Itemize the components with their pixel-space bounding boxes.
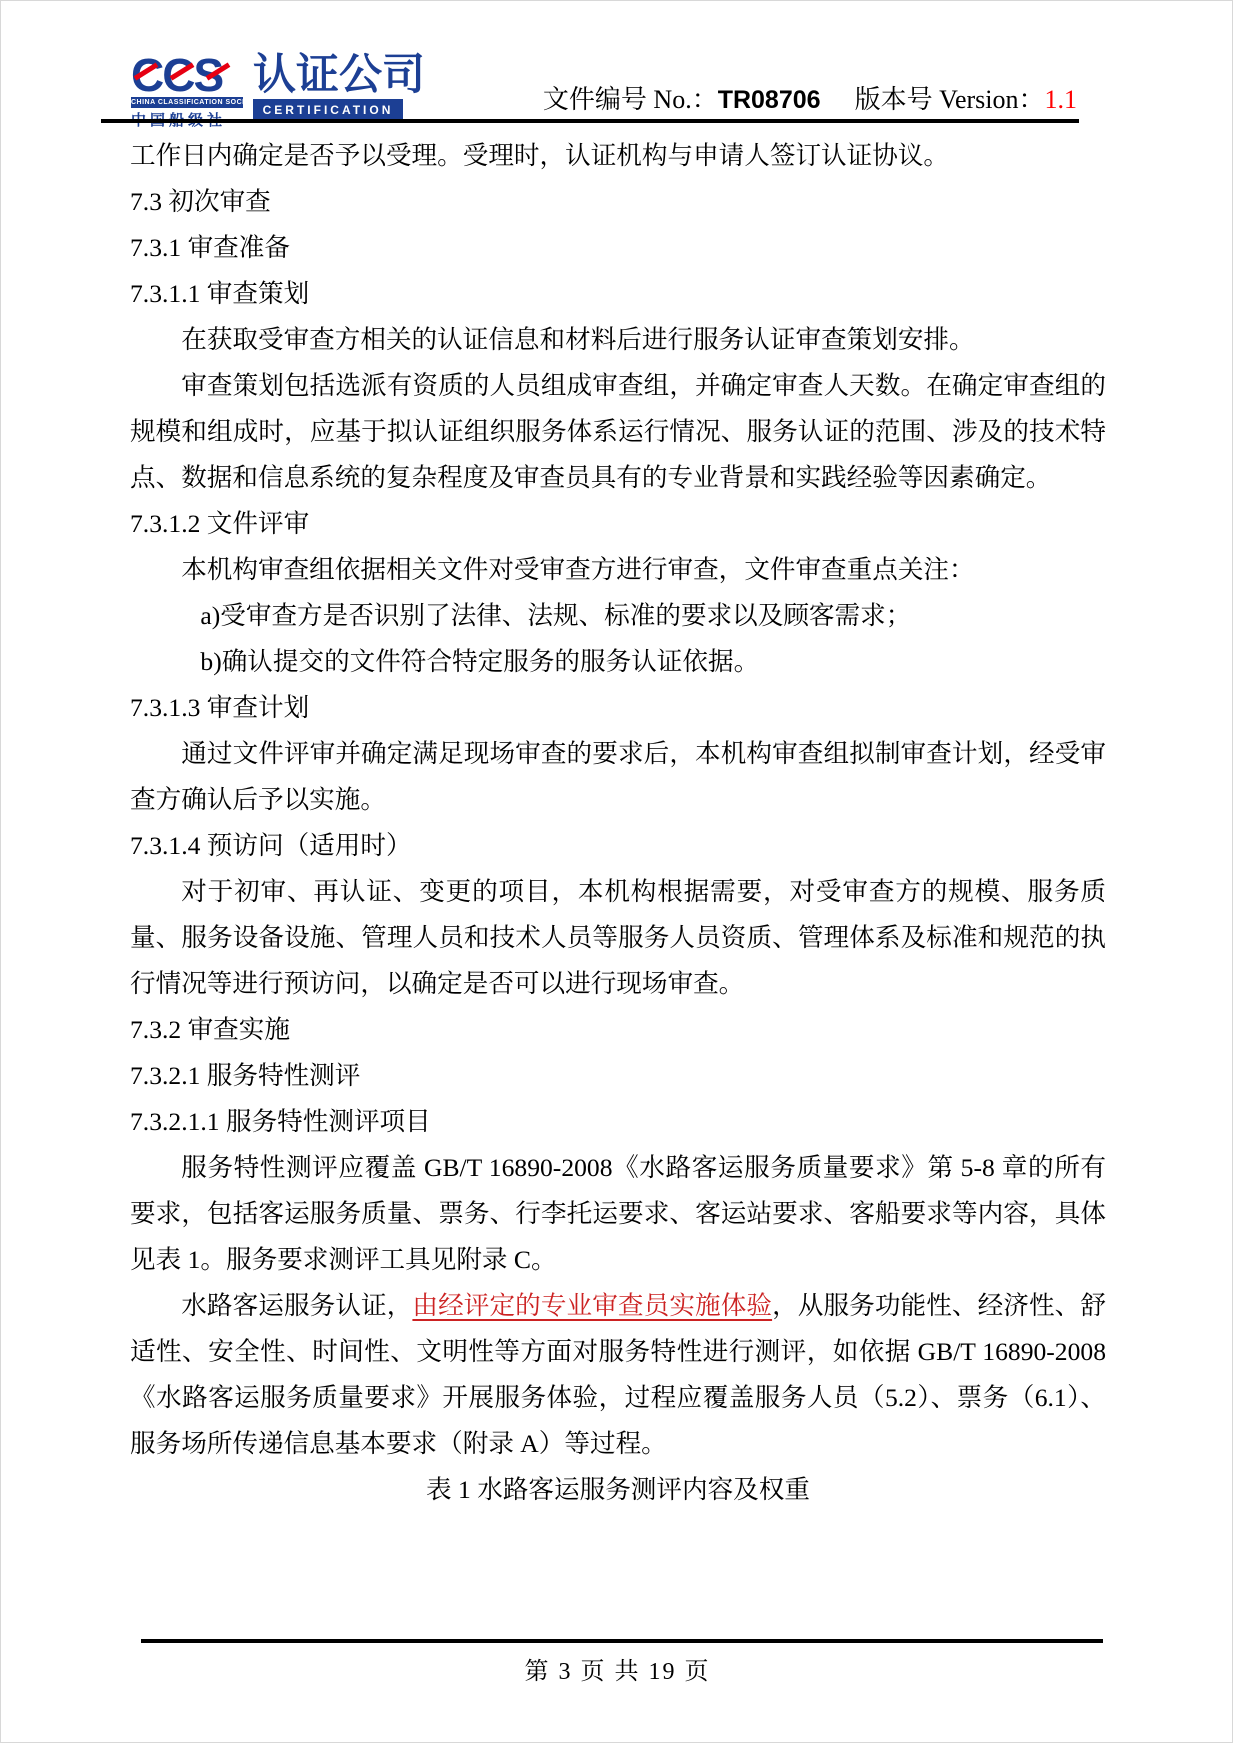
text-segment: 对于初审、再认证、变更的项目，本机构根据需要，对受审查方的规模、服务质量、服务设… [130,877,1106,998]
text-segment: 通过文件评审并确定满足现场审查的要求后，本机构审查组拟制审查计划，经受审查方确认… [130,739,1106,814]
ccs-logo-text: CCS [131,55,243,95]
text-segment: 7.3.1.4 预访问（适用时） [130,831,412,860]
paragraph-indent: 通过文件评审并确定满足现场审查的要求后，本机构审查组拟制审查计划，经受审查方确认… [130,731,1106,823]
document-info: 文件编号 No.：TR08706版本号 Version：1.1 [543,79,1077,116]
paragraph-indent: 对于初审、再认证、变更的项目，本机构根据需要，对受审查方的规模、服务质量、服务设… [130,869,1106,1007]
paragraph-heading: 7.3.2 审查实施 [130,1007,1106,1053]
header-rule [101,119,1079,123]
paragraph-heading: 7.3.1.1 审查策划 [130,271,1106,317]
paragraph-heading: 7.3.2.1.1 服务特性测评项目 [130,1099,1106,1145]
paragraph-indent: 本机构审查组依据相关文件对受审查方进行审查，文件审查重点关注： [130,547,1106,593]
text-segment: 在获取受审查方相关的认证信息和材料后进行服务认证审查策划安排。 [181,325,974,354]
paragraph-plain: 工作日内确定是否予以受理。受理时，认证机构与申请人签订认证协议。 [130,133,1106,179]
paragraph-list: b)确认提交的文件符合特定服务的服务认证依据。 [130,639,1106,685]
paragraph-heading: 7.3.1.2 文件评审 [130,501,1106,547]
paragraph-heading: 7.3.1.3 审查计划 [130,685,1106,731]
text-segment: 本机构审查组依据相关文件对受审查方进行审查，文件审查重点关注： [181,555,974,584]
paragraph-indent: 水路客运服务认证，由经评定的专业审查员实施体验，从服务功能性、经济性、舒适性、安… [130,1283,1106,1467]
paragraph-heading: 7.3.1.4 预访问（适用时） [130,823,1106,869]
version-label: 版本号 Version： [855,85,1045,114]
paragraph-heading: 7.3.1 审查准备 [130,225,1106,271]
version-value: 1.1 [1045,85,1078,114]
text-segment: 工作日内确定是否予以受理。受理时，认证机构与申请人签订认证协议。 [130,141,949,170]
text-segment: 7.3 初次审查 [130,187,271,216]
text-segment: 7.3.1.3 审查计划 [130,693,309,722]
red-underlined-text: 由经评定的专业审查员实施体验 [412,1291,772,1320]
certification-company-cn-label: 认证公司 [253,53,403,97]
certification-company-logo: 认证公司 CERTIFICATION [253,53,403,121]
text-segment: 审查策划包括选派有资质的人员组成审查组，并确定审查人天数。在确定审查组的规模和组… [130,371,1106,492]
doc-no-value: TR08706 [718,86,821,114]
text-segment: 7.3.1 审查准备 [130,233,290,262]
paragraph-list: a)受审查方是否识别了法律、法规、标准的要求以及顾客需求； [130,593,1106,639]
paragraph-caption: 表 1 水路客运服务测评内容及权重 [130,1467,1106,1513]
text-segment: 水路客运服务认证， [181,1291,412,1320]
paragraph-indent: 审查策划包括选派有资质的人员组成审查组，并确定审查人天数。在确定审查组的规模和组… [130,363,1106,501]
text-segment: 7.3.1.2 文件评审 [130,509,309,538]
text-segment: 7.3.2 审查实施 [130,1015,290,1044]
text-segment: 7.3.1.1 审查策划 [130,279,309,308]
text-segment: b)确认提交的文件符合特定服务的服务认证依据。 [200,647,759,676]
text-segment: 服务特性测评应覆盖 GB/T 16890-2008《水路客运服务质量要求》第 5… [130,1153,1106,1274]
text-segment: 7.3.2.1 服务特性测评 [130,1061,360,1090]
paragraph-indent: 在获取受审查方相关的认证信息和材料后进行服务认证审查策划安排。 [130,317,1106,363]
text-segment: 7.3.2.1.1 服务特性测评项目 [130,1107,431,1136]
paragraph-heading: 7.3.2.1 服务特性测评 [130,1053,1106,1099]
text-segment: a)受审查方是否识别了法律、法规、标准的要求以及顾客需求； [200,601,911,630]
document-body: 工作日内确定是否予以受理。受理时，认证机构与申请人签订认证协议。7.3 初次审查… [130,133,1106,1513]
document-page: CCS CHINA CLASSIFICATION SOCIETY 中国船级社 认… [0,0,1233,1743]
paragraph-heading: 7.3 初次审查 [130,179,1106,225]
doc-no-label: 文件编号 No.： [543,85,718,114]
paragraph-indent: 服务特性测评应覆盖 GB/T 16890-2008《水路客运服务质量要求》第 5… [130,1145,1106,1283]
page-number: 第 3 页 共 19 页 [1,1651,1233,1686]
certification-en-label: CERTIFICATION [253,99,403,121]
text-segment: 表 1 水路客运服务测评内容及权重 [426,1475,810,1504]
footer-rule [141,1639,1103,1643]
